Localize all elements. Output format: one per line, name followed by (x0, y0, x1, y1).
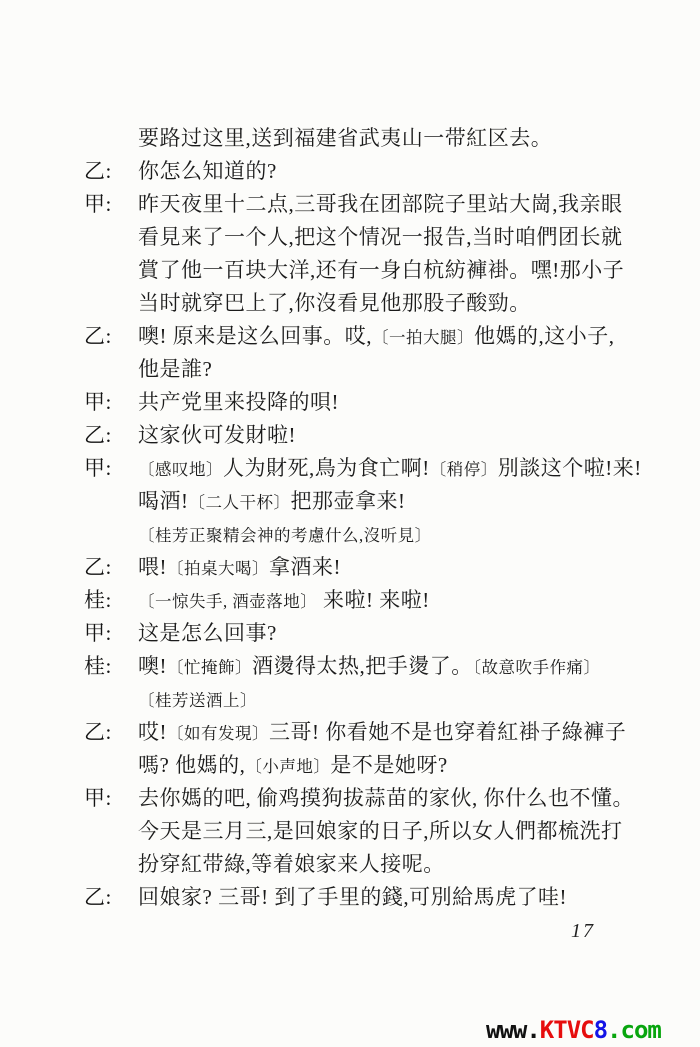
page-number: 17 (571, 920, 595, 943)
dialogue-text: 人为財死,鳥为食亡啊! (223, 456, 430, 480)
script-line: 要路过这里,送到福建省武夷山一带紅区去。 (84, 122, 674, 155)
dialogue-text: 这家伙可发財啦! (138, 423, 296, 447)
stage-direction: 〔一惊失手, 酒壶落地〕 (138, 592, 317, 611)
script-line: 乙:你怎么知道的? (84, 155, 674, 188)
script-line: 桂:噢!〔忙掩飾〕酒燙得太热,把手燙了。〔故意吹手作痛〕 (84, 650, 674, 683)
watermark-com: .com (607, 1016, 661, 1044)
stage-direction: 〔拍桌大喝〕 (167, 559, 269, 578)
dialogue-text: 是不是她呀? (330, 753, 447, 777)
book-page: 要路过这里,送到福建省武夷山一带紅区去。乙:你怎么知道的?甲:昨天夜里十二点,三… (0, 0, 700, 1047)
watermark: www.KTVC8.com (486, 1016, 661, 1044)
script-line: 桂:〔一惊失手, 酒壶落地〕 来啦! 来啦! (84, 584, 674, 617)
dialogue-text: 看見来了一个人,把这个情况一报告,当时咱們团长就 (138, 225, 623, 249)
dialogue-text: 賞了他一百块大洋,还有一身白杭紡褲褂。嘿!那小子 (138, 258, 624, 282)
script-text-block: 要路过这里,送到福建省武夷山一带紅区去。乙:你怎么知道的?甲:昨天夜里十二点,三… (84, 122, 674, 914)
dialogue-text: 拿酒来! (269, 555, 341, 579)
watermark-brand: KTVC (540, 1016, 594, 1044)
script-line: 甲:去你媽的吧, 偷鸡摸狗拔蒜苗的家伙, 你什么也不懂。 (84, 782, 674, 815)
dialogue-text: 回娘家? 三哥! 到了手里的錢,可別給馬虎了哇! (138, 885, 567, 909)
dialogue-text: 三哥! 你看她不是也穿着紅褂子綠褲子 (269, 720, 626, 744)
dialogue-text: 喂! (138, 555, 167, 579)
dialogue-text: 昨天夜里十二点,三哥我在团部院子里站大崗,我亲眼 (138, 192, 623, 216)
script-line: 〔桂芳正聚精会神的考慮什么,沒听見〕 (84, 518, 674, 551)
script-line: 甲:〔感叹地〕人为財死,鳥为食亡啊!〔稍停〕別談这个啦!来! (84, 452, 674, 485)
script-line: 乙:哎!〔如有发現〕三哥! 你看她不是也穿着紅褂子綠褲子 (84, 716, 674, 749)
script-line: 嗎? 他媽的,〔小声地〕是不是她呀? (84, 749, 674, 782)
script-line: 〔桂芳送酒上〕 (84, 683, 674, 716)
speaker-label: 甲: (84, 782, 138, 815)
script-line: 乙:喂!〔拍桌大喝〕拿酒来! (84, 551, 674, 584)
dialogue-text: 嗎? 他媽的, (138, 753, 245, 777)
speaker-label: 乙: (84, 419, 138, 452)
speaker-label: 甲: (84, 452, 138, 485)
stage-direction: 〔桂芳正聚精会神的考慮什么,沒听見〕 (138, 526, 432, 545)
speaker-label: 桂: (84, 584, 138, 617)
stage-direction: 〔桂芳送酒上〕 (138, 691, 257, 710)
dialogue-text: 別談这个啦!来! (498, 456, 642, 480)
script-line: 看見来了一个人,把这个情况一报告,当时咱們团长就 (84, 221, 674, 254)
dialogue-text: 噢! 原来是这么回事。哎, (138, 324, 372, 348)
stage-direction: 〔如有发現〕 (167, 724, 269, 743)
dialogue-text: 哎! (138, 720, 167, 744)
watermark-digit: 8 (594, 1016, 607, 1044)
script-line: 賞了他一百块大洋,还有一身白杭紡褲褂。嘿!那小子 (84, 254, 674, 287)
script-line: 乙:回娘家? 三哥! 到了手里的錢,可別給馬虎了哇! (84, 881, 674, 914)
stage-direction: 〔二人干杯〕 (189, 493, 291, 512)
stage-direction: 〔忙掩飾〕 (167, 658, 252, 677)
dialogue-text: 扮穿紅带綠,等着娘家来人接呢。 (138, 852, 445, 876)
script-line: 乙:噢! 原来是这么回事。哎,〔一拍大腿〕他媽的,这小子, (84, 320, 674, 353)
script-line: 当时就穿巴上了,你沒看見他那股子酸勁。 (84, 287, 674, 320)
script-line: 甲:这是怎么回事? (84, 617, 674, 650)
speaker-label: 桂: (84, 650, 138, 683)
dialogue-text: 来啦! 来啦! (317, 588, 430, 612)
speaker-label: 甲: (84, 188, 138, 221)
dialogue-text: 他是誰? (138, 357, 212, 381)
script-line: 甲:昨天夜里十二点,三哥我在团部院子里站大崗,我亲眼 (84, 188, 674, 221)
dialogue-text: 当时就穿巴上了,你沒看見他那股子酸勁。 (138, 291, 531, 315)
script-line: 他是誰? (84, 353, 674, 386)
dialogue-text: 他媽的,这小子, (474, 324, 615, 348)
speaker-label: 乙: (84, 551, 138, 584)
stage-direction: 〔感叹地〕 (138, 460, 223, 479)
script-line: 扮穿紅带綠,等着娘家来人接呢。 (84, 848, 674, 881)
dialogue-text: 共产党里来投降的唄! (138, 390, 339, 414)
speaker-label: 甲: (84, 386, 138, 419)
dialogue-text: 今天是三月三,是回娘家的日子,所以女人們都梳洗打 (138, 819, 623, 843)
speaker-label: 乙: (84, 716, 138, 749)
speaker-label: 乙: (84, 881, 138, 914)
stage-direction: 〔一拍大腿〕 (372, 328, 474, 347)
dialogue-text: 去你媽的吧, 偷鸡摸狗拔蒜苗的家伙, 你什么也不懂。 (138, 786, 634, 810)
dialogue-text: 酒燙得太热,把手燙了。 (252, 654, 473, 678)
dialogue-text: 要路过这里,送到福建省武夷山一带紅区去。 (138, 126, 552, 150)
speaker-label: 甲: (84, 617, 138, 650)
dialogue-text: 你怎么知道的? (138, 159, 277, 183)
script-line: 乙:这家伙可发財啦! (84, 419, 674, 452)
speaker-label: 乙: (84, 320, 138, 353)
script-line: 喝酒!〔二人干杯〕把那壶拿来! (84, 485, 674, 518)
stage-direction: 〔稍停〕 (430, 460, 498, 479)
dialogue-text: 这是怎么回事? (138, 621, 277, 645)
watermark-www: www. (486, 1016, 540, 1044)
speaker-label: 乙: (84, 155, 138, 188)
script-line: 今天是三月三,是回娘家的日子,所以女人們都梳洗打 (84, 815, 674, 848)
dialogue-text: 喝酒! (138, 489, 189, 513)
script-line: 甲:共产党里来投降的唄! (84, 386, 674, 419)
stage-direction: 〔故意吹手作痛〕 (473, 658, 601, 677)
dialogue-text: 把那壶拿来! (291, 489, 406, 513)
stage-direction: 〔小声地〕 (245, 757, 330, 776)
dialogue-text: 噢! (138, 654, 167, 678)
